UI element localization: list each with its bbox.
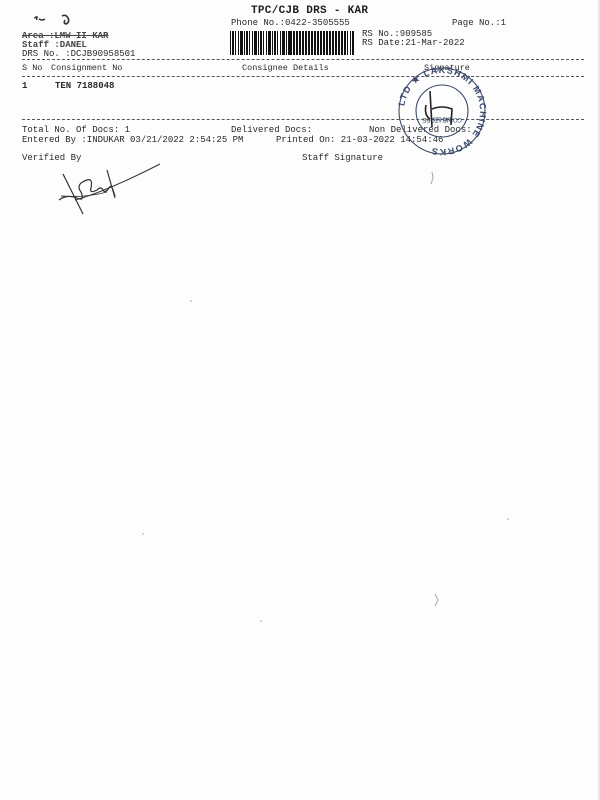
handwritten-mark-icon [32, 12, 77, 28]
divider [22, 59, 584, 60]
column-header-consignee-details: Consignee Details [242, 64, 329, 73]
divider [22, 76, 584, 77]
phone-number: Phone No.:0422-3505555 [231, 19, 350, 28]
delivered-docs: Delivered Docs: [231, 126, 312, 135]
page-number: Page No.:1 [452, 19, 506, 28]
speck [142, 533, 144, 535]
speck [507, 518, 509, 520]
column-header-s-no: S No [22, 64, 42, 73]
document-title: TPC/CJB DRS - KAR [251, 6, 368, 17]
ink-speck-icon [432, 592, 442, 612]
ink-speck-icon [428, 170, 438, 190]
verifier-signature-icon [55, 162, 165, 217]
row-consignment-no: TEN 7188048 [55, 82, 114, 91]
rs-date: RS Date:21-Mar-2022 [362, 39, 465, 48]
entered-by: Entered By :INDUKAR 03/21/2022 2:54:25 P… [22, 136, 243, 145]
row-s-no: 1 [22, 82, 27, 91]
company-stamp-icon: LTD ★ LAKSHMI MACHINE WORKS 641 020 COIM… [396, 65, 488, 157]
divider [22, 119, 584, 120]
column-header-consignment-no: Consignment No [51, 64, 122, 73]
drs-document-page: TPC/CJB DRS - KAR Phone No.:0422-3505555… [0, 0, 600, 800]
staff-signature-label: Staff Signature [302, 154, 383, 163]
svg-text:LTD ★ LAKSHMI MACHINE WORKS: LTD ★ LAKSHMI MACHINE WORKS [396, 65, 488, 157]
barcode-dense-segment [290, 31, 342, 55]
speck [190, 300, 192, 302]
total-docs: Total No. Of Docs: 1 [22, 126, 130, 135]
drs-number: DRS No. :DCJB90958501 [22, 50, 135, 59]
speck [260, 620, 262, 622]
